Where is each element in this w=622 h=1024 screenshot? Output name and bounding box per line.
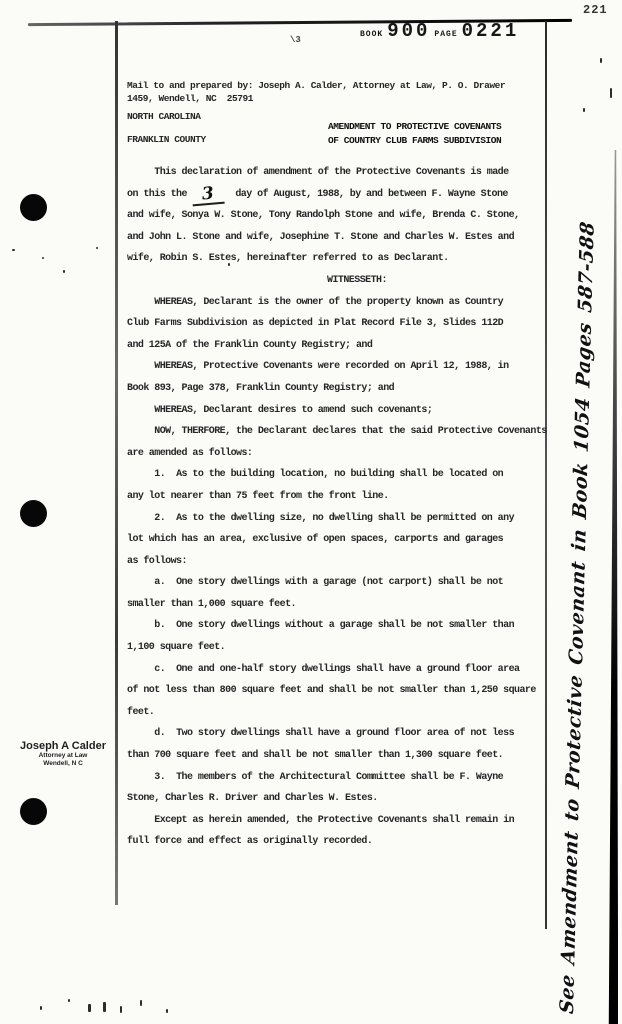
preparer-address-block: Mail to and prepared by: Joseph A. Calde… [127, 79, 505, 105]
document-body: This declaration of amendment of the Pro… [127, 162, 587, 853]
paragraph-item-c-one-and-half-story: c. One and one-half story dwellings shal… [127, 659, 587, 724]
hole-punch [20, 500, 47, 527]
scan-speckle [40, 1006, 42, 1010]
book-number: 900 [387, 20, 430, 42]
county-label: FRANKLIN COUNTY [127, 134, 206, 145]
paragraph-whereas-owner: WHEREAS, Declarant is the owner of the p… [127, 292, 587, 357]
hole-punch [20, 798, 47, 825]
scan-speckle [63, 270, 65, 273]
page-label: PAGE [434, 30, 457, 39]
scan-speckle [600, 58, 602, 63]
scan-speckle [12, 249, 15, 251]
date-line-prefix: on this the [127, 189, 192, 200]
page-number-stamp: 0221 [462, 20, 520, 42]
paragraph-whereas-recorded: WHEREAS, Protective Covenants were recor… [127, 356, 587, 399]
paragraph-declaration: This declaration of amendment of the Pro… [127, 162, 587, 270]
scan-speckle [42, 257, 44, 259]
book-label: BOOK [360, 30, 383, 39]
state-label: NORTH CAROLINA [127, 111, 201, 122]
hole-punch [20, 194, 47, 221]
scan-speckle [583, 108, 585, 112]
paragraph-closing: Except as herein amended, the Protective… [127, 810, 587, 853]
witnesseth-heading: WITNESSETH: [127, 270, 587, 292]
attorney-title: Attorney at Law [16, 752, 110, 760]
paragraph-item-b-one-story-no-garage: b. One story dwellings without a garage … [127, 615, 587, 658]
scan-speckle [96, 247, 98, 249]
paragraph-item-a-one-story-garage: a. One story dwellings with a garage (no… [127, 572, 587, 615]
scan-speckle [103, 1002, 106, 1012]
paragraph-whereas-amend: WHEREAS, Declarant desires to amend such… [127, 400, 587, 422]
attorney-city: Wendell, N C [16, 760, 110, 768]
paragraph-item-1-building-location: 1. As to the building location, no build… [127, 464, 587, 507]
document-title: AMENDMENT TO PROTECTIVE COVENANTS OF COU… [328, 120, 501, 148]
scanned-document-page: 221 BOOK 900 PAGE 0221 \3 Mail to and pr… [0, 0, 622, 1024]
scan-speckle [88, 1004, 91, 1012]
scan-speckle [140, 1000, 142, 1006]
scan-speckle [166, 1009, 168, 1013]
scan-edge-shadow-bar [607, 150, 618, 1024]
paragraph-item-d-two-story: d. Two story dwellings shall have a grou… [127, 723, 587, 766]
declaration-line1: This declaration of amendment of the Pro… [127, 167, 509, 178]
attorney-margin-stamp: Joseph A Calder Attorney at Law Wendell,… [16, 740, 110, 768]
paragraph-now-therefore: NOW, THERFORE, the Declarant declares th… [127, 421, 587, 464]
left-margin-rule [115, 21, 118, 905]
scan-speckle [228, 263, 230, 266]
paragraph-item-3-committee: 3. The members of the Architectural Comm… [127, 767, 587, 810]
book-page-stamp: BOOK 900 PAGE 0221 [360, 20, 523, 42]
handwritten-day: 3 [192, 186, 225, 206]
corner-mark: \3 [290, 35, 301, 45]
declaration-rest: and wife, Sonya W. Stone, Tony Randolph … [127, 210, 519, 264]
page-number: 221 [583, 3, 608, 17]
scan-speckle [120, 1006, 122, 1013]
paragraph-item-2-dwelling-size: 2. As to the dwelling size, no dwelling … [127, 508, 587, 573]
scan-speckle [610, 88, 612, 98]
scan-speckle [68, 999, 70, 1002]
date-line-suffix: day of August, 1988, by and between F. W… [224, 189, 507, 200]
attorney-name: Joseph A Calder [16, 740, 110, 752]
